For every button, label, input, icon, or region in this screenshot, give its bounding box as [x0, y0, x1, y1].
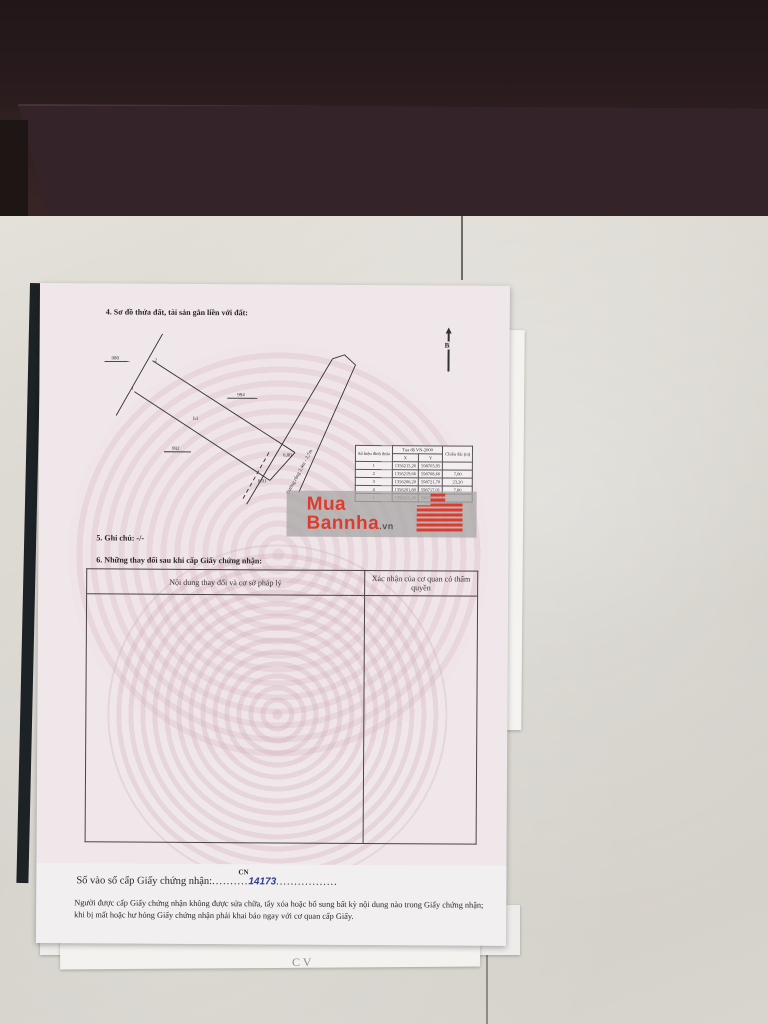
section-4-title: 4. Sơ đồ thửa đất, tài sản gắn liền với … — [106, 307, 248, 317]
edge-length-bottom: 6,01 — [258, 479, 267, 484]
cell-point: 1 — [355, 461, 392, 469]
tile-grout — [461, 216, 463, 280]
handwriting: C V — [292, 955, 311, 970]
changes-col-confirmation: Xác nhận của cơ quan có thẩm quyền — [364, 570, 478, 596]
cabinet-plinth — [18, 104, 768, 218]
edge-length-top: 6,00 — [283, 453, 292, 458]
cell-y: 598708,66 — [419, 470, 443, 478]
changes-cell-content — [85, 594, 364, 844]
watermark-logo: Mua Bannha.vn — [286, 491, 476, 538]
vertex-1: 1 — [131, 387, 134, 392]
registry-number: 14173 — [248, 876, 276, 887]
north-label: B — [445, 341, 450, 349]
land-certificate-page: 4. Sơ đồ thửa đất, tài sản gắn liền với … — [36, 283, 510, 946]
watermark-text: Mua Bannha.vn — [306, 495, 393, 537]
parcel-number: b3 — [193, 417, 199, 422]
vertex-2: 2 — [155, 359, 158, 364]
neighbor-980: 980 — [112, 356, 120, 361]
cell-point: 2 — [355, 469, 392, 477]
changes-col-content: Nội dung thay đổi và cơ sở pháp lý — [87, 569, 365, 596]
registry-prefix: CN — [238, 868, 248, 876]
cell-y: 598721,70 — [418, 478, 442, 486]
neighbor-994: 994 — [237, 393, 245, 398]
cell-point: 3 — [355, 477, 392, 485]
col-y: Y — [419, 454, 443, 462]
cell-x: 1356206,20 — [392, 478, 418, 486]
cell-y: 598703,95 — [419, 462, 443, 470]
cabinet-door — [0, 0, 768, 110]
neighbor-992: 992 — [172, 447, 180, 452]
north-arrow-shaft — [447, 331, 449, 371]
cell-x: 1356215,26 — [392, 462, 418, 470]
registry-line: Số vào sổ cấp Giấy chứng nhận:..........… — [76, 875, 337, 888]
cell-length: 23,20 — [443, 478, 473, 486]
changes-table: Nội dung thay đổi và cơ sở pháp lý Xác n… — [85, 568, 479, 844]
registry-label: Số vào sổ cấp Giấy chứng nhận: — [76, 875, 212, 887]
section-6-title: 6. Những thay đổi sau khi cấp Giấy chứng… — [96, 555, 262, 565]
section-5-note: 5. Ghi chú: -/- — [96, 533, 144, 542]
cell-length: 7,00 — [443, 470, 473, 478]
col-length: Chiều dài (m) — [443, 446, 473, 462]
legal-notice: Người được cấp Giấy chứng nhận không đượ… — [74, 897, 494, 924]
building-logo-icon — [416, 493, 462, 533]
cell-length — [443, 462, 473, 470]
parcel-diagram: 980 994 992 b3 1 2 6,00 6,01 Đường rộng … — [99, 333, 360, 515]
changes-cell-confirmation — [363, 595, 478, 844]
cell-x: 1356219,66 — [392, 470, 418, 478]
col-point: Số hiệu đỉnh thửa — [355, 445, 392, 461]
col-x: X — [392, 454, 418, 462]
